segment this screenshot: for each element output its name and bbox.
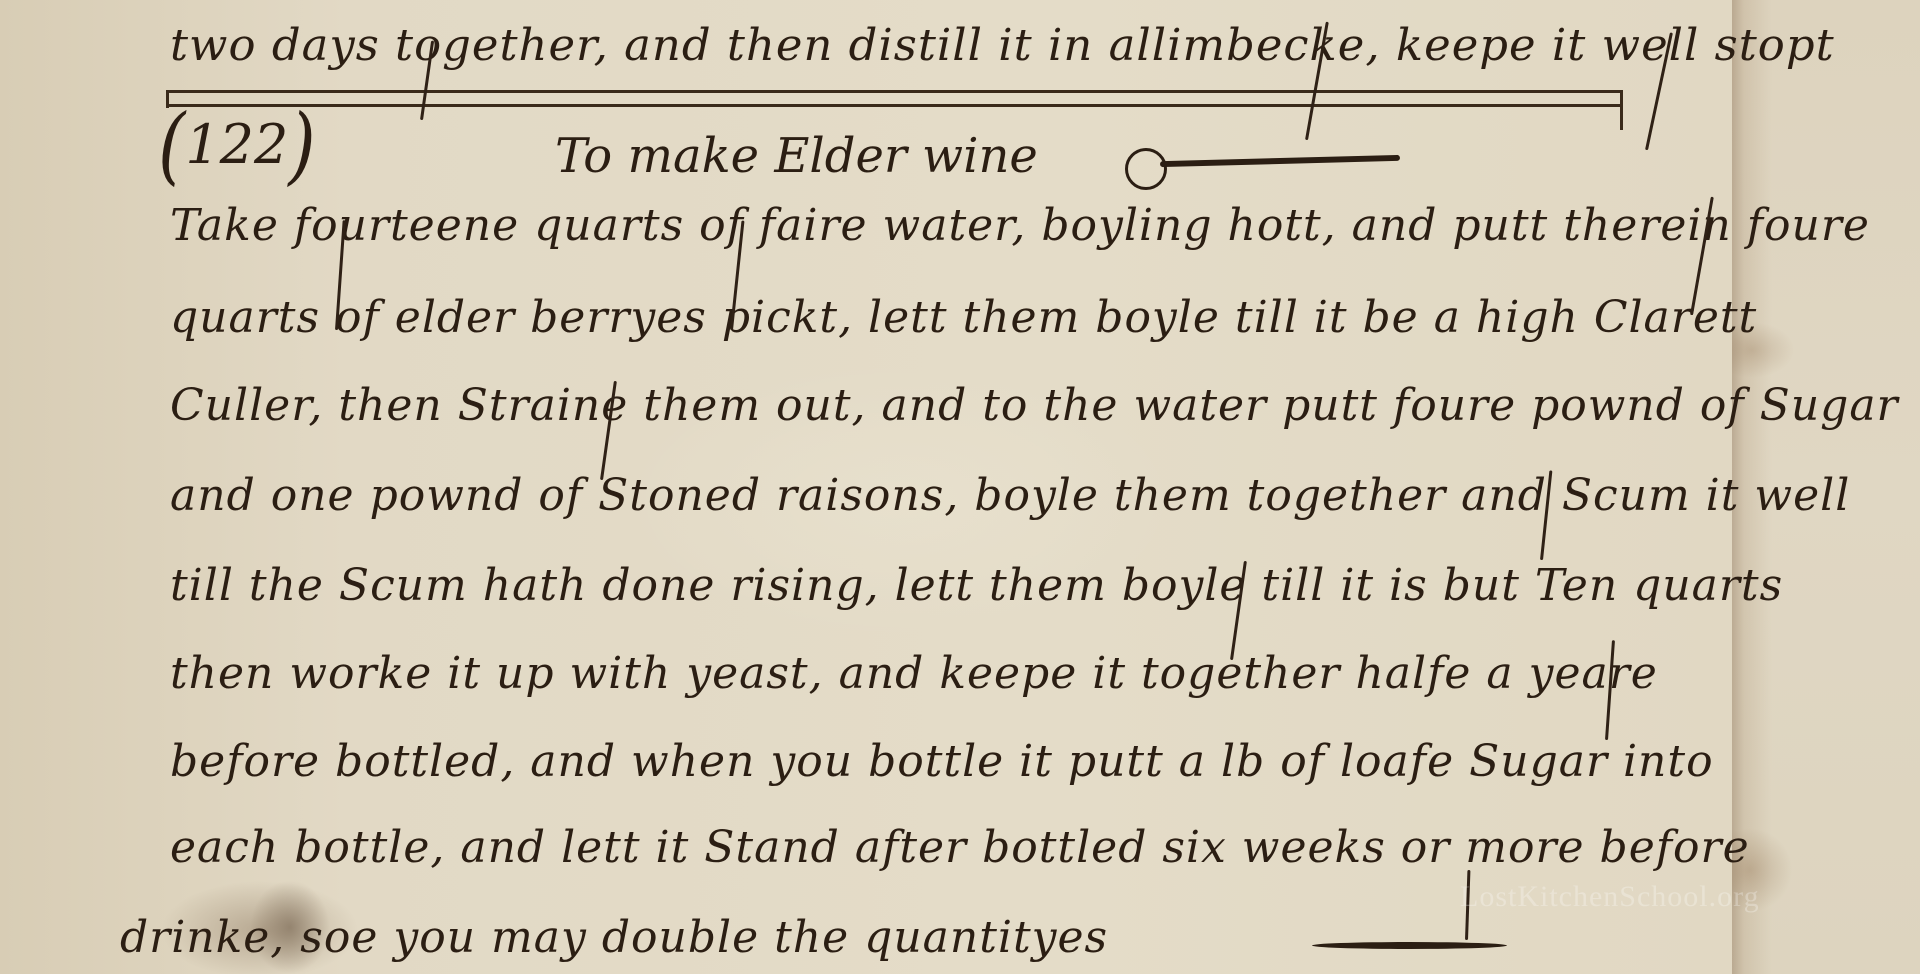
recipe-line-6: then worke it up with yeast, and keepe i…: [170, 648, 1658, 699]
recipe-line-4: and one pownd of Stoned raisons, boyle t…: [170, 470, 1850, 521]
recipe-line-9: drinke, soe you may double the quantitye…: [120, 912, 1108, 963]
recipe-number: (122): [158, 104, 316, 186]
open-bracket: (: [158, 96, 185, 194]
separator-rule-top: [168, 90, 1623, 93]
recipe-title: To make Elder wine: [555, 128, 1038, 184]
close-bracket: ): [288, 96, 315, 194]
recipe-line-7: before bottled, and when you bottle it p…: [170, 736, 1714, 787]
previous-recipe-last-line: two days together, and then distill it i…: [170, 20, 1835, 71]
rule-end-tick: [1620, 90, 1623, 130]
watermark: LostKitchenSchool.org: [1460, 880, 1760, 914]
recipe-end-dash: [1312, 942, 1507, 949]
recipe-line-1: Take fourteene quarts of faire water, bo…: [170, 200, 1870, 251]
recipe-line-5: till the Scum hath done rising, lett the…: [170, 560, 1783, 611]
recipe-line-8: each bottle, and lett it Stand after bot…: [170, 822, 1750, 873]
title-flourish-icon: [1125, 148, 1167, 190]
recipe-line-2: quarts of elder berryes pickt, lett them…: [170, 292, 1757, 343]
recipe-line-3: Culler, then Straine them out, and to th…: [170, 380, 1899, 431]
recipe-number-value: 122: [185, 113, 288, 176]
separator-rule-bottom: [168, 104, 1623, 107]
